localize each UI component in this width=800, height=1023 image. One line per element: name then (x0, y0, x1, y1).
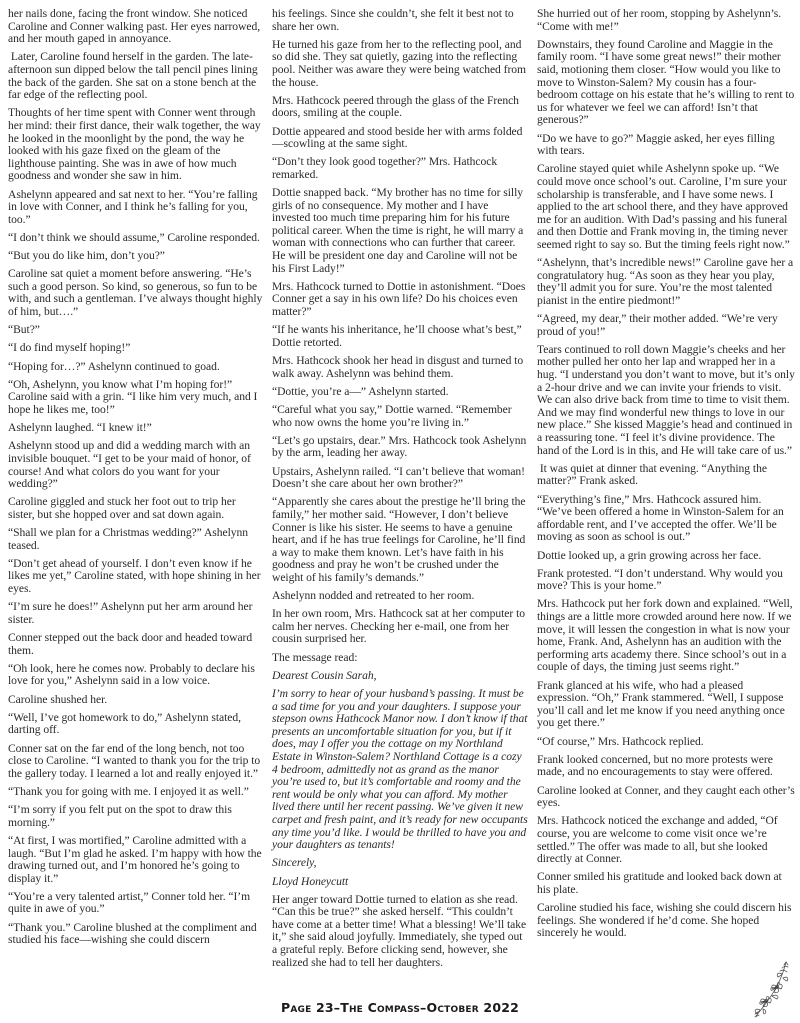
paragraph: “Well, I’ve got homework to do,” Ashelyn… (8, 712, 263, 737)
paragraph: He turned his gaze from her to the refle… (272, 39, 528, 89)
paragraph: “Don’t they look good together?” Mrs. Ha… (272, 156, 528, 181)
paragraph: Mrs. Hathcock noticed the exchange and a… (537, 815, 795, 865)
paragraph: “Let’s go upstairs, dear.” Mrs. Hathcock… (272, 435, 528, 460)
paragraph: Later, Caroline found herself in the gar… (8, 51, 263, 101)
letter-salutation: Dearest Cousin Sarah, (272, 670, 528, 683)
paragraph: “I’m sure he does!” Ashelynn put her arm… (8, 601, 263, 626)
paragraph: “I do find myself hoping!” (8, 342, 263, 355)
letter-body: I’m sorry to hear of your husband’s pass… (272, 688, 528, 852)
paragraph: Tears continued to roll down Maggie’s ch… (537, 344, 795, 457)
paragraph: “Careful what you say,” Dottie warned. “… (272, 404, 528, 429)
paragraph: Her anger toward Dottie turned to elatio… (272, 894, 528, 970)
paragraph: Thoughts of her time spent with Conner w… (8, 107, 263, 183)
paragraph: Conner sat on the far end of the long be… (8, 743, 263, 781)
paragraph: Ashelynn stood up and did a wedding marc… (8, 440, 263, 490)
paragraph: Conner smiled his gratitude and looked b… (537, 871, 795, 896)
paragraph: Dottie looked up, a grin growing across … (537, 550, 795, 563)
paragraph: It was quiet at dinner that evening. “An… (537, 463, 795, 488)
paragraph: Frank looked concerned, but no more prot… (537, 754, 795, 779)
paragraph: Dottie snapped back. “My brother has no … (272, 187, 528, 275)
paragraph: Caroline sat quiet a moment before answe… (8, 268, 263, 318)
paragraph: Ashelynn laughed. “I knew it!” (8, 422, 263, 435)
paragraph: Frank protested. “I don’t understand. Wh… (537, 568, 795, 593)
paragraph: “Don’t get ahead of yourself. I don’t ev… (8, 558, 263, 596)
magazine-page: her nails done, facing the front window.… (0, 0, 800, 1023)
paragraph: her nails done, facing the front window.… (8, 8, 263, 46)
paragraph: “Everything’s fine,” Mrs. Hathcock assur… (537, 494, 795, 544)
paragraph: “Apparently she cares about the prestige… (272, 496, 528, 584)
paragraph: Ashelynn appeared and sat next to her. “… (8, 189, 263, 227)
paragraph: “Thank you.” Caroline blushed at the com… (8, 922, 263, 947)
paragraph: Upstairs, Ashelynn railed. “I can’t beli… (272, 466, 528, 491)
paragraph: “Thank you for going with me. I enjoyed … (8, 786, 263, 799)
paragraph: Caroline studied his face, wishing she c… (537, 902, 795, 940)
paragraph: “But?” (8, 324, 263, 337)
text-column-2: his feelings. Since she couldn’t, she fe… (272, 8, 528, 975)
paragraph: “Oh, Ashelynn, you know what I’m hoping … (8, 379, 263, 417)
paragraph: “Agreed, my dear,” their mother added. “… (537, 313, 795, 338)
paragraph: Mrs. Hathcock peered through the glass o… (272, 95, 528, 120)
paragraph: Mrs. Hathcock put her fork down and expl… (537, 598, 795, 674)
page-footer: Page 23–The Compass–October 2022 (0, 1000, 800, 1015)
text-column-3: She hurried out of her room, stopping by… (537, 8, 795, 945)
paragraph: “Ashelynn, that’s incredible news!” Caro… (537, 257, 795, 307)
paragraph: “Dottie, you’re a—” Ashelynn started. (272, 386, 528, 399)
paragraph: “But you do like him, don’t you?” (8, 250, 263, 263)
paragraph: Downstairs, they found Caroline and Magg… (537, 39, 795, 127)
paragraph: Mrs. Hathcock shook her head in disgust … (272, 355, 528, 380)
paragraph: Caroline stayed quiet while Ashelynn spo… (537, 163, 795, 251)
paragraph: “I’m sorry if you felt put on the spot t… (8, 804, 263, 829)
paragraph: Mrs. Hathcock turned to Dottie in astoni… (272, 281, 528, 319)
paragraph: Conner stepped out the back door and hea… (8, 632, 263, 657)
paragraph: The message read: (272, 652, 528, 665)
paragraph: “You’re a very talented artist,” Conner … (8, 891, 263, 916)
paragraph: Caroline giggled and stuck her foot out … (8, 496, 263, 521)
letter-signature: Lloyd Honeycutt (272, 876, 528, 889)
paragraph: Ashelynn nodded and retreated to her roo… (272, 590, 528, 603)
paragraph: “Of course,” Mrs. Hathcock replied. (537, 736, 795, 749)
paragraph: In her own room, Mrs. Hathcock sat at he… (272, 608, 528, 646)
paragraph: “Oh look, here he comes now. Probably to… (8, 663, 263, 688)
paragraph: “At first, I was mortified,” Caroline ad… (8, 835, 263, 885)
paragraph: Dottie appeared and stood beside her wit… (272, 126, 528, 151)
paragraph: “I don’t think we should assume,” Caroli… (8, 232, 263, 245)
paragraph: “Shall we plan for a Christmas wedding?”… (8, 527, 263, 552)
paragraph: “Do we have to go?” Maggie asked, her ey… (537, 133, 795, 158)
paragraph: his feelings. Since she couldn’t, she fe… (272, 8, 528, 33)
letter-closing: Sincerely, (272, 857, 528, 870)
paragraph: Frank glanced at his wife, who had a ple… (537, 680, 795, 730)
text-column-1: her nails done, facing the front window.… (8, 8, 263, 952)
paragraph: “Hoping for…?” Ashelynn continued to goa… (8, 361, 263, 374)
paragraph: “If he wants his inheritance, he’ll choo… (272, 324, 528, 349)
paragraph: She hurried out of her room, stopping by… (537, 8, 795, 33)
paragraph: Caroline looked at Conner, and they caug… (537, 785, 795, 810)
paragraph: Caroline shushed her. (8, 694, 263, 707)
